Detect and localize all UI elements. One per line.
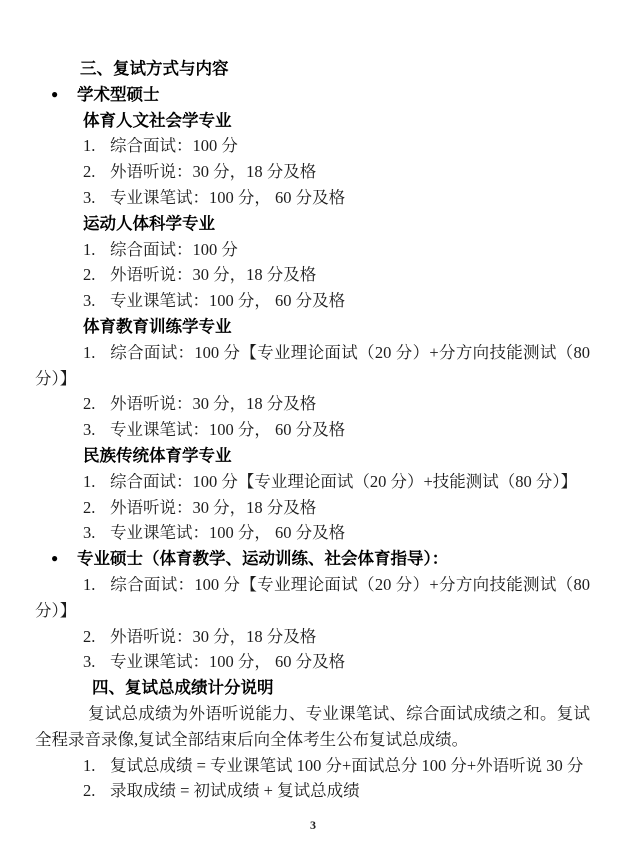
- list-item: 1.综合面试：100 分: [83, 133, 590, 159]
- list-item: 2.外语听说：30 分，18 分及格: [83, 262, 590, 288]
- list-item: 3.专业课笔试：100 分， 60 分及格: [83, 649, 590, 675]
- specialty-heading: 运动人体科学专业: [83, 211, 590, 237]
- wrap-continuation-line: 分）】: [35, 366, 590, 392]
- wrap-continuation-line: 分）】: [35, 598, 590, 624]
- paragraph-line: 复试总成绩为外语听说能力、专业课笔试、综合面试成绩之和。复试: [35, 701, 590, 727]
- list-item-text: 综合面试：100 分【专业理论面试（20 分）+分方向技能测试（80: [110, 343, 590, 362]
- list-item-number: 1.: [83, 753, 110, 779]
- list-item-number: 2.: [83, 778, 110, 804]
- section-heading: 四、复试总成绩计分说明: [92, 675, 590, 701]
- bullet-item-label: 学术型硕士: [77, 85, 160, 104]
- list-item-text: 专业课笔试：100 分， 60 分及格: [110, 188, 345, 207]
- list-item-number: 2.: [83, 495, 110, 521]
- list-item: 2.外语听说：30 分，18 分及格: [83, 495, 590, 521]
- list-item: 2.外语听说：30 分，18 分及格: [83, 391, 590, 417]
- specialty-heading: 民族传统体育学专业: [83, 443, 590, 469]
- bullet-icon: ●: [51, 546, 58, 572]
- bullet-icon: ●: [51, 82, 58, 108]
- list-item-number: 3.: [83, 520, 110, 546]
- list-item-number: 2.: [83, 624, 110, 650]
- list-item-number: 2.: [83, 262, 110, 288]
- bullet-item-label: 专业硕士（体育教学、运动训练、社会体育指导）：: [77, 549, 448, 568]
- document-content: 三、复试方式与内容●学术型硕士体育人文社会学专业1.综合面试：100 分2.外语…: [0, 56, 626, 804]
- list-item: 1.综合面试：100 分【专业理论面试（20 分）+技能测试（80 分）】: [83, 469, 590, 495]
- list-item-text: 综合面试：100 分: [110, 240, 238, 259]
- section-heading: 三、复试方式与内容: [80, 56, 590, 82]
- list-item-number: 3.: [83, 288, 110, 314]
- list-item-text: 录取成绩 = 初试成绩 + 复试总成绩: [110, 781, 360, 800]
- list-item-text: 综合面试：100 分【专业理论面试（20 分）+分方向技能测试（80: [110, 575, 590, 594]
- list-item-number: 3.: [83, 185, 110, 211]
- list-item: 2.外语听说：30 分，18 分及格: [83, 624, 590, 650]
- list-item-text: 外语听说：30 分，18 分及格: [110, 394, 316, 413]
- list-item-text: 复试总成绩 = 专业课笔试 100 分+面试总分 100 分+外语听说 30 分: [110, 756, 583, 775]
- list-item-number: 3.: [83, 417, 110, 443]
- list-item-text: 综合面试：100 分【专业理论面试（20 分）+技能测试（80 分）】: [110, 472, 577, 491]
- specialty-heading: 体育教育训练学专业: [83, 314, 590, 340]
- list-item-text: 专业课笔试：100 分， 60 分及格: [110, 652, 345, 671]
- list-item-number: 1.: [83, 340, 110, 366]
- list-item-number: 3.: [83, 649, 110, 675]
- list-item: 3.专业课笔试：100 分， 60 分及格: [83, 185, 590, 211]
- list-item: 3.专业课笔试：100 分， 60 分及格: [83, 288, 590, 314]
- list-item: 2.外语听说：30 分，18 分及格: [83, 159, 590, 185]
- bullet-item: ●专业硕士（体育教学、运动训练、社会体育指导）：: [35, 546, 590, 572]
- paragraph-line: 全程录音录像,复试全部结束后向全体考生公布复试总成绩。: [35, 727, 590, 753]
- list-item-number: 1.: [83, 469, 110, 495]
- page-number: 3: [0, 818, 626, 833]
- list-item-number: 2.: [83, 159, 110, 185]
- list-item-text: 专业课笔试：100 分， 60 分及格: [110, 291, 345, 310]
- bullet-item: ●学术型硕士: [35, 82, 590, 108]
- list-item-text: 外语听说：30 分，18 分及格: [110, 265, 316, 284]
- list-item-number: 1.: [83, 237, 110, 263]
- list-item-text: 综合面试：100 分: [110, 136, 238, 155]
- list-item-number: 2.: [83, 391, 110, 417]
- list-item: 2.录取成绩 = 初试成绩 + 复试总成绩: [83, 778, 590, 804]
- list-item-text: 外语听说：30 分，18 分及格: [110, 162, 316, 181]
- list-item-text: 专业课笔试：100 分， 60 分及格: [110, 523, 345, 542]
- list-item-text: 外语听说：30 分，18 分及格: [110, 627, 316, 646]
- list-item: 1.综合面试：100 分: [83, 237, 590, 263]
- document-page: 三、复试方式与内容●学术型硕士体育人文社会学专业1.综合面试：100 分2.外语…: [0, 0, 626, 855]
- list-item-text: 专业课笔试：100 分， 60 分及格: [110, 420, 345, 439]
- list-item-text: 外语听说：30 分，18 分及格: [110, 498, 316, 517]
- list-item-number: 1.: [83, 133, 110, 159]
- list-item-number: 1.: [83, 572, 110, 598]
- list-item: 1.综合面试：100 分【专业理论面试（20 分）+分方向技能测试（80: [83, 572, 590, 598]
- list-item: 1.复试总成绩 = 专业课笔试 100 分+面试总分 100 分+外语听说 30…: [83, 753, 590, 779]
- specialty-heading: 体育人文社会学专业: [83, 108, 590, 134]
- list-item: 1.综合面试：100 分【专业理论面试（20 分）+分方向技能测试（80: [83, 340, 590, 366]
- list-item: 3.专业课笔试：100 分， 60 分及格: [83, 417, 590, 443]
- list-item: 3.专业课笔试：100 分， 60 分及格: [83, 520, 590, 546]
